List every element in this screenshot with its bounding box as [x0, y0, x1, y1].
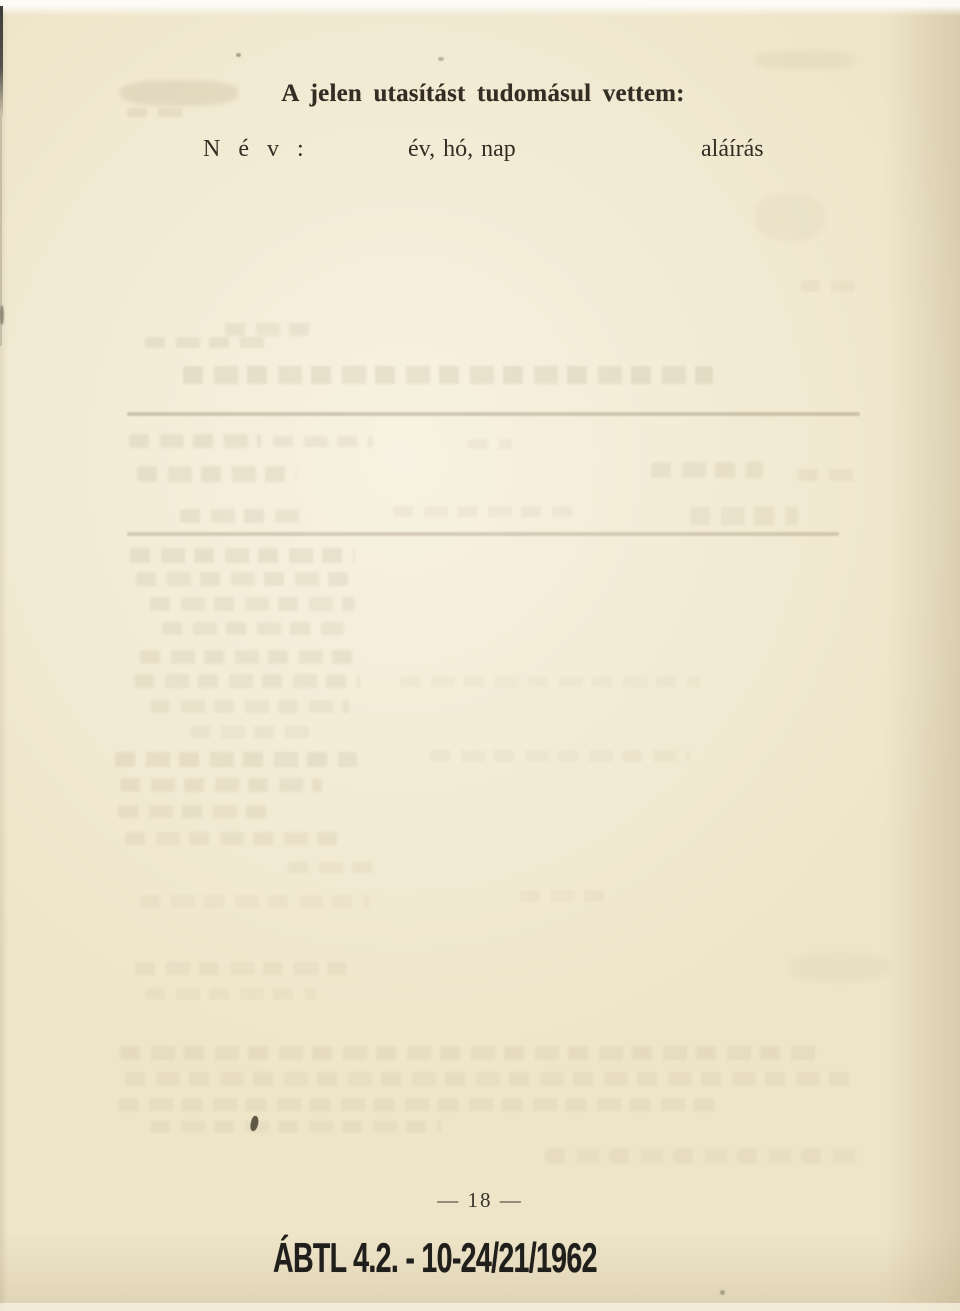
bleedthrough-artifact — [145, 988, 317, 1000]
bleedthrough-artifact — [125, 832, 347, 845]
bleedthrough-artifact — [120, 1046, 820, 1060]
bleedthrough-artifact — [800, 280, 855, 292]
bleedthrough-artifact — [651, 462, 763, 478]
acknowledgment-line: A jelen utasítást tudomásul vettem: — [258, 80, 708, 109]
bleedthrough-artifact — [130, 548, 355, 563]
bleedthrough-artifact — [468, 439, 512, 449]
bleedthrough-artifact — [438, 57, 444, 61]
bleedthrough-artifact — [273, 436, 373, 447]
bleedthrough-artifact — [225, 323, 320, 336]
archival-reference-stamp: ÁBTL 4.2. - 10-24/21/1962 — [273, 1237, 597, 1279]
bleedthrough-artifact — [755, 50, 855, 70]
bleedthrough-artifact — [183, 366, 713, 384]
bleedthrough-artifact — [162, 622, 344, 635]
bleedthrough-artifact — [145, 337, 273, 348]
bleedthrough-artifact — [190, 726, 310, 738]
bleedthrough-artifact — [120, 80, 238, 106]
bleedthrough-artifact — [127, 108, 189, 117]
bleedthrough-artifact — [790, 952, 890, 982]
bleedthrough-artifact — [545, 1148, 857, 1164]
scan-edge-artifact — [0, 116, 2, 346]
bleedthrough-artifact — [120, 778, 322, 792]
bleedthrough-artifact — [136, 572, 348, 586]
bleedthrough-artifact — [115, 752, 357, 767]
bleedthrough-artifact — [288, 862, 378, 873]
bleedthrough-artifact — [137, 466, 297, 482]
bleedthrough-artifact — [125, 1072, 855, 1086]
bleedthrough-artifact — [798, 469, 856, 481]
bleedthrough-artifact — [150, 1121, 442, 1133]
bleedthrough-artifact — [140, 895, 370, 908]
bleedthrough-artifact — [127, 532, 839, 536]
bleedthrough-artifact — [755, 193, 825, 241]
scan-edge-artifact — [0, 1303, 960, 1311]
bleedthrough-artifact — [134, 674, 360, 688]
bleedthrough-artifact — [400, 676, 700, 687]
bleedthrough-artifact — [118, 805, 270, 818]
bleedthrough-artifact — [720, 1290, 725, 1295]
bleedthrough-artifact — [127, 412, 860, 416]
bleedthrough-artifact — [150, 700, 350, 713]
scan-edge-artifact — [0, 6, 3, 116]
bleedthrough-artifact — [520, 890, 610, 902]
bleedthrough-artifact — [430, 750, 690, 762]
bleedthrough-artifact — [690, 507, 798, 525]
bleedthrough-artifact — [180, 509, 308, 523]
scanned-document-page: A jelen utasítást tudomásul vettem: N é … — [0, 0, 960, 1311]
bleedthrough-artifact — [129, 434, 261, 448]
bleedthrough-artifact — [236, 53, 241, 57]
bleedthrough-artifact — [135, 962, 350, 975]
signature-label: aláírás — [701, 136, 764, 162]
bleedthrough-artifact — [140, 650, 352, 664]
date-label: év, hó, nap — [408, 136, 516, 162]
name-label: N é v : — [203, 136, 310, 162]
ink-mark-artifact — [250, 1115, 260, 1131]
bleedthrough-artifact — [118, 1098, 718, 1111]
bleedthrough-artifact — [393, 506, 573, 517]
page-number: — 18 — — [0, 1188, 960, 1213]
bleedthrough-artifact — [150, 597, 355, 611]
